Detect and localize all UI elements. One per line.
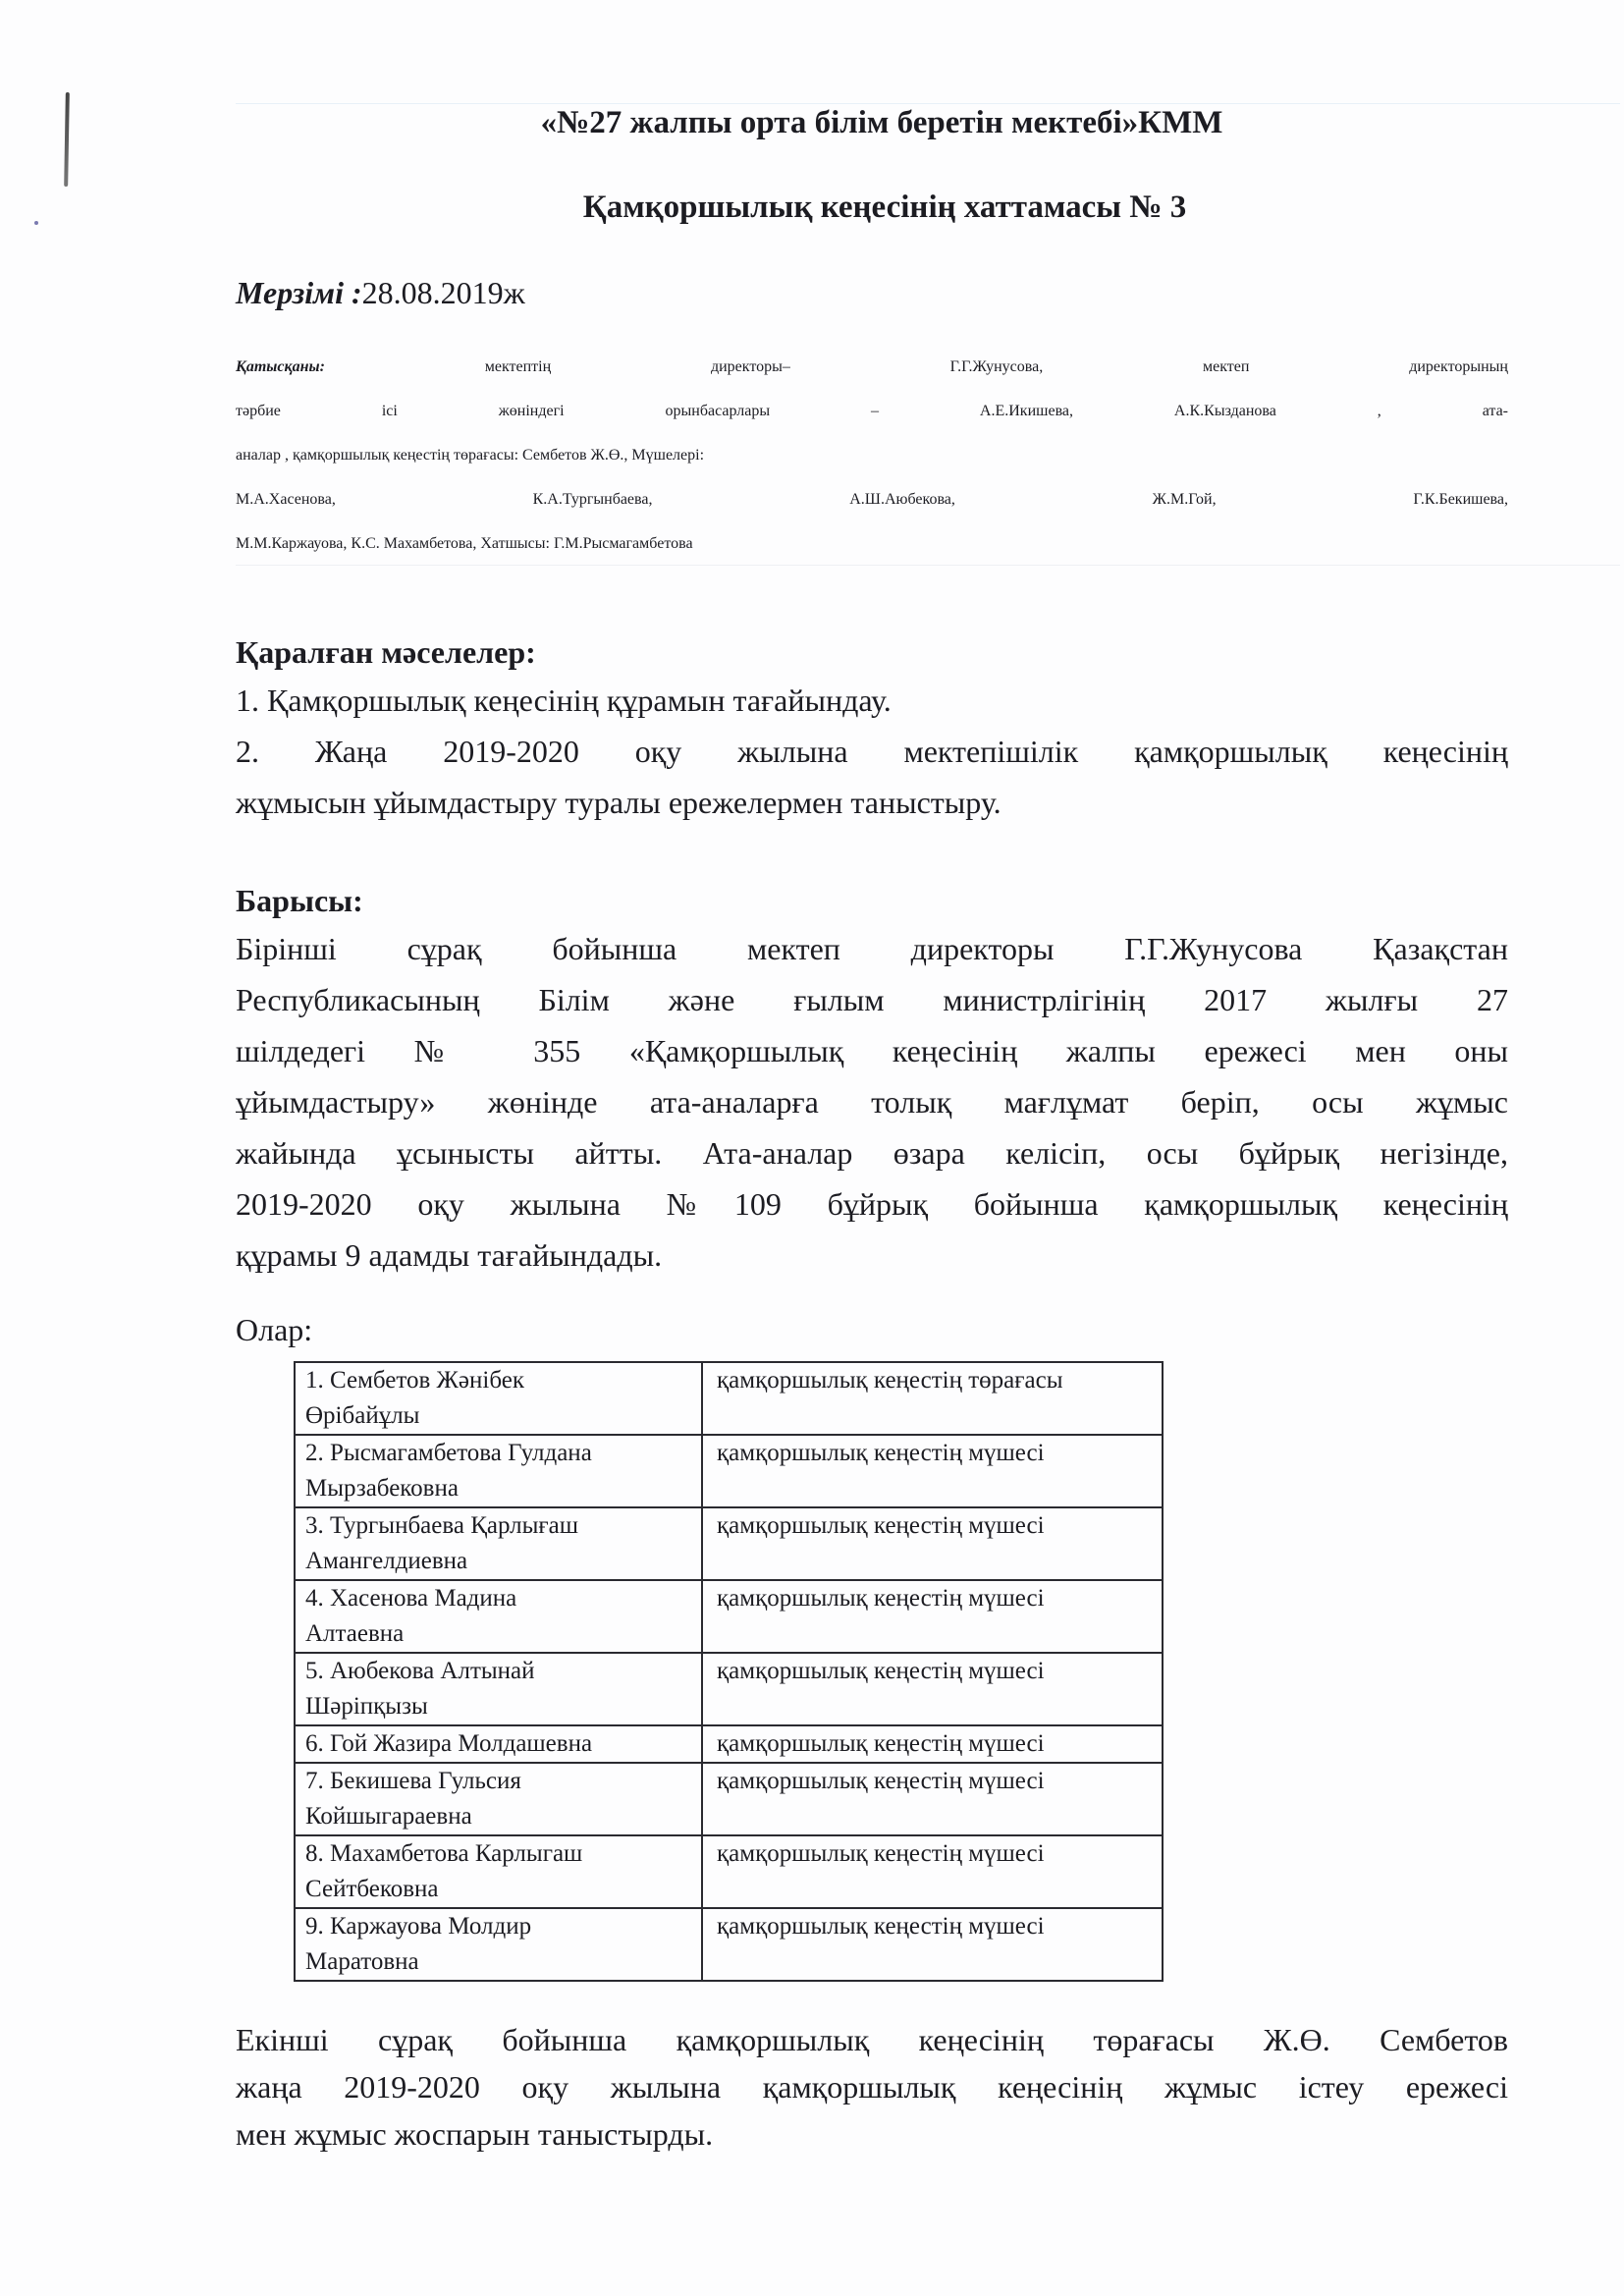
scanned-page: «№27 жалпы орта білім беретін мектебі»КМ… — [0, 0, 1624, 2296]
member-role-cell: қамқоршылық кеңестің мүшесі — [702, 1580, 1163, 1653]
closing-line: жаңа 2019-2020 оқу жылына қамқоршылық ке… — [236, 2063, 1508, 2110]
staple-mark — [64, 92, 70, 187]
members-table: 1. Сембетов ЖәнібекӨрібайұлы қамқоршылық… — [294, 1361, 1164, 1982]
table-row: 6. Гой Жазира Молдашевна қамқоршылық кең… — [295, 1725, 1163, 1763]
document-title: «№27 жалпы орта білім беретін мектебі»КМ… — [236, 103, 1508, 142]
progress-line: құрамы 9 адамды тағайындады. — [236, 1230, 1508, 1281]
date-line: Мерзімі :28.08.2019ж — [236, 271, 1508, 315]
table-row: 3. Тургынбаева ҚарлығашАмангелдиевна қам… — [295, 1507, 1163, 1580]
attendees-line: М.А.Хасенова, К.А.Тургынбаева, А.Ш.Аюбек… — [236, 491, 1508, 535]
issues-heading: Қаралған мәселелер: — [236, 630, 1508, 675]
table-row: 2. Рысмагамбетова ГулданаМырзабековна қа… — [295, 1435, 1163, 1507]
member-role-cell: қамқоршылық кеңестің мүшесі — [702, 1908, 1163, 1981]
issue-item-continuation: жұмысын ұйымдастыру туралы ережелермен т… — [236, 777, 1508, 828]
member-name-cell: 1. Сембетов ЖәнібекӨрібайұлы — [295, 1362, 702, 1435]
progress-line: Республикасының Білім және ғылым министр… — [236, 974, 1508, 1025]
progress-line: Бірінші сұрақ бойынша мектеп директоры Г… — [236, 923, 1508, 974]
member-role-cell: қамқоршылық кеңестің мүшесі — [702, 1763, 1163, 1835]
members-intro: Олар: — [236, 1308, 1508, 1352]
attendees-paragraph: Қатысқаны: мектептің директоры– Г.Г.Жуну… — [236, 358, 1508, 579]
attendees-line: М.М.Каржауова, К.С. Махамбетова, Хатшысы… — [236, 535, 1508, 579]
member-role-cell: қамқоршылық кеңестің мүшесі — [702, 1835, 1163, 1908]
member-name-cell: 7. Бекишева ГульсияКойшыгараевна — [295, 1763, 702, 1835]
member-role-cell: қамқоршылық кеңестің мүшесі — [702, 1507, 1163, 1580]
progress-paragraph: Бірінші сұрақ бойынша мектеп директоры Г… — [236, 923, 1508, 1281]
date-value: 28.08.2019ж — [362, 275, 525, 310]
date-label: Мерзімі : — [236, 275, 362, 310]
member-role-cell: қамқоршылық кеңестің төрағасы — [702, 1362, 1163, 1435]
progress-line: 2019-2020 оқу жылына №109 бұйрық бойынша… — [236, 1178, 1508, 1230]
issues-list: 1. Қамқоршылық кеңесінің құрамын тағайын… — [236, 675, 1508, 828]
member-name-cell: 9. Каржауова МолдирМаратовна — [295, 1908, 702, 1981]
member-role-cell: қамқоршылық кеңестің мүшесі — [702, 1725, 1163, 1763]
attendees-line: тәрбие ісі жөніндегі орынбасарлары – А.Е… — [236, 403, 1508, 447]
progress-line: шілдедегі № 355 «Қамқоршылық кеңесінің ж… — [236, 1025, 1508, 1076]
attendees-label: Қатысқаны: — [236, 358, 325, 375]
table-row: 9. Каржауова МолдирМаратовна қамқоршылық… — [295, 1908, 1163, 1981]
closing-line: мен жұмыс жоспарын таныстырды. — [236, 2110, 1508, 2158]
member-name-cell: 4. Хасенова МадинаАлтаевна — [295, 1580, 702, 1653]
document-subtitle: Қамқоршылық кеңесінің хаттамасы № 3 — [236, 188, 1508, 227]
attendees-line: аналар , қамқоршылық кеңестің төрағасы: … — [236, 447, 1508, 491]
progress-heading: Барысы: — [236, 879, 1508, 923]
table-row: 4. Хасенова МадинаАлтаевна қамқоршылық к… — [295, 1580, 1163, 1653]
member-name-cell: 6. Гой Жазира Молдашевна — [295, 1725, 702, 1763]
table-row: 8. Махамбетова КарлыгашСейтбековна қамқо… — [295, 1835, 1163, 1908]
progress-line: ұйымдастыру» жөнінде ата-аналарға толық … — [236, 1076, 1508, 1127]
issue-item: 2. Жаңа 2019-2020 оқу жылына мектепішілі… — [236, 726, 1508, 777]
issue-item: 1. Қамқоршылық кеңесінің құрамын тағайын… — [236, 675, 1508, 726]
attendees-line: Қатысқаны: мектептің директоры– Г.Г.Жуну… — [236, 358, 1508, 403]
member-role-cell: қамқоршылық кеңестің мүшесі — [702, 1435, 1163, 1507]
progress-line: жайында ұсынысты айтты. Ата-аналар өзара… — [236, 1127, 1508, 1178]
member-role-cell: қамқоршылық кеңестің мүшесі — [702, 1653, 1163, 1725]
table-row: 1. Сембетов ЖәнібекӨрібайұлы қамқоршылық… — [295, 1362, 1163, 1435]
member-name-cell: 8. Махамбетова КарлыгашСейтбековна — [295, 1835, 702, 1908]
scan-speck — [34, 221, 38, 225]
document-body: «№27 жалпы орта білім беретін мектебі»КМ… — [236, 98, 1508, 1352]
member-name-cell: 3. Тургынбаева ҚарлығашАмангелдиевна — [295, 1507, 702, 1580]
closing-paragraph: Екінші сұрақ бойынша қамқоршылық кеңесін… — [236, 2016, 1508, 2158]
closing-line: Екінші сұрақ бойынша қамқоршылық кеңесін… — [236, 2016, 1508, 2063]
table-row: 5. Аюбекова АлтынайШәріпқызы қамқоршылық… — [295, 1653, 1163, 1725]
member-name-cell: 5. Аюбекова АлтынайШәріпқызы — [295, 1653, 702, 1725]
member-name-cell: 2. Рысмагамбетова ГулданаМырзабековна — [295, 1435, 702, 1507]
table-row: 7. Бекишева ГульсияКойшыгараевна қамқорш… — [295, 1763, 1163, 1835]
